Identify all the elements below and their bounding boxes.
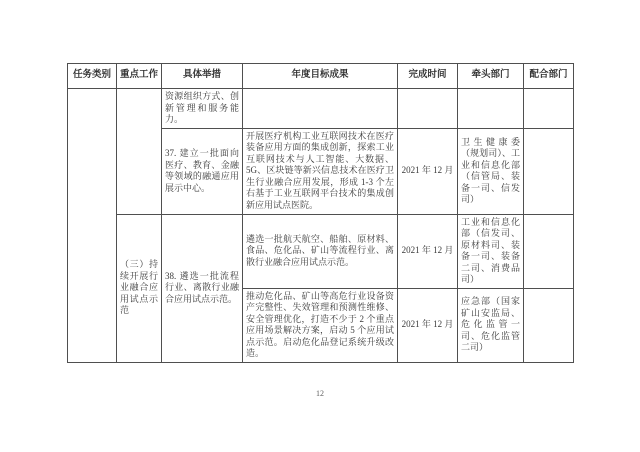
cell-task-category — [68, 89, 117, 363]
cell-outcome-a — [243, 89, 398, 129]
cell-measure-continuation: 资源组织方式、创新管理和服务能力。 — [162, 89, 243, 129]
header-deadline: 完成时间 — [398, 64, 458, 89]
work-plan-table: 任务类别 重点工作 具体举措 年度目标成果 完成时间 牵头部门 配合部门 资源组… — [67, 63, 574, 363]
page-number: 12 — [0, 389, 640, 398]
cell-lead-d: 应急部（国家矿山安监局、危化监管一司、危化监管二司） — [458, 288, 524, 362]
cell-measure-37: 37. 建立一批面向医疗、教育、金融等领域的融通应用展示中心。 — [162, 128, 243, 214]
document-page: 任务类别 重点工作 具体举措 年度目标成果 完成时间 牵头部门 配合部门 资源组… — [0, 0, 640, 452]
cell-support-d — [524, 288, 574, 362]
table-row: （三）持续开展行业融合应用试点示范 38. 遴选一批流程行业、离散行业融合应用试… — [68, 214, 574, 288]
cell-lead-b: 卫生健康委（规划司）、工业和信息化部（信管局、装备一司、信发司） — [458, 128, 524, 214]
header-lead-department: 牵头部门 — [458, 64, 524, 89]
header-annual-outcome: 年度目标成果 — [243, 64, 398, 89]
cell-lead-c: 工业和信息化部（信发司、原材料司、装备一司、装备二司、消费品司） — [458, 214, 524, 288]
cell-outcome-d: 推动危化品、矿山等高危行业设备资产完整性、失效管理和预测性维修、安全管理优化，打… — [243, 288, 398, 362]
cell-deadline-a — [398, 89, 458, 129]
cell-support-a — [524, 89, 574, 129]
cell-lead-a — [458, 89, 524, 129]
cell-measure-38: 38. 遴选一批流程行业、离散行业融合应用试点示范。 — [162, 214, 243, 362]
cell-support-c — [524, 214, 574, 288]
table-row: 资源组织方式、创新管理和服务能力。 — [68, 89, 574, 129]
cell-outcome-c: 遴选一批航天航空、船舶、原材料、食品、危化品、矿山等流程行业、离散行业融合应用试… — [243, 214, 398, 288]
cell-deadline-b: 2021 年 12 月 — [398, 128, 458, 214]
cell-key-work-bottom: （三）持续开展行业融合应用试点示范 — [117, 214, 162, 362]
cell-support-b — [524, 128, 574, 214]
header-support-department: 配合部门 — [524, 64, 574, 89]
cell-deadline-c: 2021 年 12 月 — [398, 214, 458, 288]
header-key-work: 重点工作 — [117, 64, 162, 89]
cell-key-work-top — [117, 89, 162, 215]
cell-deadline-d: 2021 年 12 月 — [398, 288, 458, 362]
header-measure: 具体举措 — [162, 64, 243, 89]
header-task-category: 任务类别 — [68, 64, 117, 89]
table-header-row: 任务类别 重点工作 具体举措 年度目标成果 完成时间 牵头部门 配合部门 — [68, 64, 574, 89]
cell-outcome-b: 开展医疗机构工业互联网技术在医疗装备应用方面的集成创新，探索工业互联网技术与人工… — [243, 128, 398, 214]
